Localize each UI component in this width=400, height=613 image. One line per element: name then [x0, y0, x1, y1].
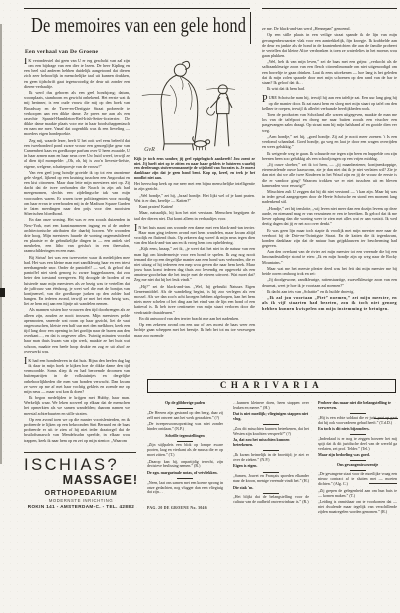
paragraph: En dit antwoord van den terrier bracht m…	[134, 316, 255, 321]
charivaria-heading: Schrille tegenstellingen	[147, 434, 223, 442]
paragraph: Op een zekeren avond om een uur of zes m…	[134, 322, 255, 337]
ad-top-rule	[24, 452, 136, 453]
page-title: De memoires van een gele hond	[31, 13, 246, 38]
charivaria-comment: Maar zijn bedoeling was goed.	[318, 453, 397, 461]
drop-cap: I	[134, 225, 137, 234]
drop-cap: I	[24, 58, 27, 67]
charivaria-quote: „Ik kwam heimelijk in de broeitijd; je z…	[233, 453, 309, 463]
paragraph: Het heerschap keek op me neer met een bi…	[134, 181, 255, 191]
illustrator-signature: GvR	[144, 147, 155, 153]
charivaria-heading: Op de glibberige paden	[147, 401, 223, 409]
ad-address: ROKIN 141 - AMSTERDAM-C. - TEL. 42882	[24, 504, 138, 509]
scan-edge-line	[0, 24, 2, 464]
ad-headline-massage: MASSAGE!	[24, 473, 138, 487]
paragraph: Als mannen wisten hoe vrouwen den tijd d…	[24, 307, 130, 353]
paragraph: „Wel, heb ik van mijn leven,” zei de baa…	[262, 59, 397, 85]
charivaria-column-2: …kunnen kleinere doen, heen stappen over…	[233, 401, 309, 520]
ad-business-name: ORTHOPEDARIUM	[24, 490, 138, 497]
paragraph: Op een stille plaats in een veilige stra…	[262, 32, 397, 58]
paragraph: „Hij?” zei de black-and-tan. „Wel, hij g…	[134, 284, 255, 315]
charivaria-quote: „De tweepersoonsopvatting was niet zonde…	[147, 422, 223, 432]
story-column-left: IK veronderstel dat geen van U er erg ge…	[24, 58, 130, 450]
charivaria-comment: Ja, dat zou het misschien kunnen beteeke…	[233, 438, 309, 451]
charivaria-heading: Ons gevangeniswezentje	[318, 463, 397, 471]
headline-divider-rule	[250, 12, 251, 44]
paragraph: Maar, natuurlijk, hij kon het niet verst…	[134, 210, 255, 220]
page-footer: PAG. 20 DE GROENE No. 3046	[147, 506, 207, 510]
charivaria-quote: „Samen, Jouvet en Français spoeden elkan…	[233, 474, 309, 484]
charivaria-quote: „De Heeren zijn gestrand op den berg, da…	[147, 411, 223, 421]
charivaria-comment: Die stak 'm.	[233, 486, 309, 494]
paragraph: „Hondje,” zei hij tenslotte, „wij leven …	[262, 206, 397, 227]
paragraph: „Wel hondje,” zei hij, „braaf hondje. He…	[134, 193, 255, 203]
top-rule-right	[262, 8, 397, 9]
charivaria-quote: „Zijn stijlpaleis een blok op lompe zwar…	[147, 443, 223, 458]
yellow-dog-drawing: GvR	[136, 56, 255, 155]
charivaria-quote: „Neen, laat ons samen met een koene spro…	[147, 481, 223, 496]
paragraph: Misschien zult U zeggen dat hij dit niet…	[262, 189, 397, 204]
paragraph: Aan den overkant van de rivier zei mijn …	[262, 249, 397, 264]
story-illustration: GvR	[136, 56, 255, 155]
ischias-massage-ad: ISCHIAS? MASSAGE! ORTHOPEDARIUM MODERNST…	[24, 456, 138, 509]
paragraph: Ik dacht aan iets van „Schattie” en ik h…	[262, 289, 397, 294]
charivaria-comment: Eigen is eigen.	[233, 464, 309, 472]
charivaria-quote: …kunnen kleinere doen, heen stappen over…	[233, 401, 309, 411]
charivaria-quote: „Zou dit misschien kunnen beteekenen, da…	[233, 427, 309, 437]
paragraph: ze me. De black-and-tan werd „Hennepan” …	[262, 26, 397, 31]
paragraph: PURE Schotsche nam hij, terwijl hij aan …	[262, 95, 397, 110]
story-column-middle: Het heerschap keek op me neer met een bi…	[134, 181, 255, 378]
fold-mark	[369, 483, 397, 484]
charivaria-comment: En toch is dit niets bijzonders.	[318, 427, 397, 435]
paragraph: Ik begon medelijden te krijgen met Hubby…	[24, 395, 130, 416]
charivaria-quote: „De gevangene staat voor de moeilijke vr…	[318, 472, 397, 487]
ad-tagline: MODERNSTE INRICHTING	[24, 498, 138, 503]
paragraph: Kunt praten! Katten!	[134, 204, 255, 209]
story-column-right: ze me. De black-and-tan werd „Hennepan” …	[262, 26, 397, 378]
drop-cap: P	[262, 96, 268, 105]
paragraph: IK veronderstel dat geen van U er erg ge…	[24, 58, 130, 89]
paragraph: Ik weigerde weg te gaan. Ik schuurde me …	[262, 151, 397, 161]
paragraph: IK had een hondenleven in dat huis. Bijn…	[24, 358, 130, 394]
byline: Een verhaal van De Groene	[25, 49, 98, 55]
charivaria-column-1: Op de glibberige paden „De Heeren zijn g…	[147, 401, 223, 520]
charivaria-header-box: CHARIVARIA	[147, 379, 396, 393]
charivaria-quote: „Daarop kan hij, onpartijdig terecht, zi…	[147, 460, 223, 470]
charivaria-title: CHARIVARIA	[220, 380, 323, 390]
newspaper-page: De memoires van een gele hond Een verhaa…	[0, 0, 400, 613]
paragraph: „Jij doodgewone, zandkleurige, rattensta…	[262, 277, 397, 287]
charivaria-comment: Probeer dus maar niet die belangstelling…	[318, 401, 397, 414]
charivaria-quote: „Inderdaad is er nog te zeggen hoezeer h…	[318, 437, 397, 452]
charivaria-quote: „Zij grepen de gelegenheid aan om hun bu…	[318, 489, 397, 499]
paragraph: Ik werd dus geboren als een geel hondsjo…	[24, 90, 130, 136]
drop-cap: I	[24, 358, 27, 367]
paragraph: IN het huis naast ons woonde een dame me…	[134, 225, 255, 246]
paragraph: Zeg mij, waarde lezer, heeft U het ooit …	[24, 138, 130, 169]
paragraph: Maar wat me het meeste plezier deed was …	[262, 266, 397, 276]
paragraph: Toen de producten van Schotland alle war…	[262, 112, 397, 133]
paragraph: Er was geen lijn maar toch stapte ik vro…	[262, 228, 397, 249]
paragraph: En dan onze woning. Het was er een zooal…	[24, 217, 130, 253]
paragraph: „Kijk eens, knaap,” zei ik, „je weet dat…	[134, 246, 255, 282]
paragraph: Bij Sirius! het was een tweevoeter waar …	[24, 255, 130, 307]
scan-ink-blot	[0, 288, 5, 297]
fold-mark	[374, 418, 398, 419]
charivaria-comment: Dat is niet moeilijk; vliegtuigen stappe…	[233, 412, 309, 425]
paragraph: „Arm hondje,” zei hij, „goed hondje. Zij…	[262, 134, 397, 149]
paragraph: „Jij ouwe sloeber,” zei ik tot hem, — „j…	[262, 162, 397, 188]
paragraph: Van een geel jong hondje groeide ik op t…	[24, 170, 130, 216]
charivaria-comment: De zgn. margarinale notas, of vetvlekken…	[147, 471, 223, 479]
charivaria-quote: „Leiding is onmisbaar om te voorkomen da…	[318, 500, 397, 515]
paragraph: Op een avond toen we op die manier voort…	[24, 417, 130, 443]
author-signature: „Ik zal jou voortaan „Piet” noemen,” zei…	[262, 295, 397, 310]
paragraph: Ik wist dat ik hem had.	[262, 86, 397, 91]
charivaria-quote: „Het blijkt dat de belangstelling voor d…	[233, 495, 309, 505]
top-rule-left	[24, 8, 250, 9]
illustration-caption: Kijk je toch eens somber, jij geel epige…	[134, 157, 255, 181]
